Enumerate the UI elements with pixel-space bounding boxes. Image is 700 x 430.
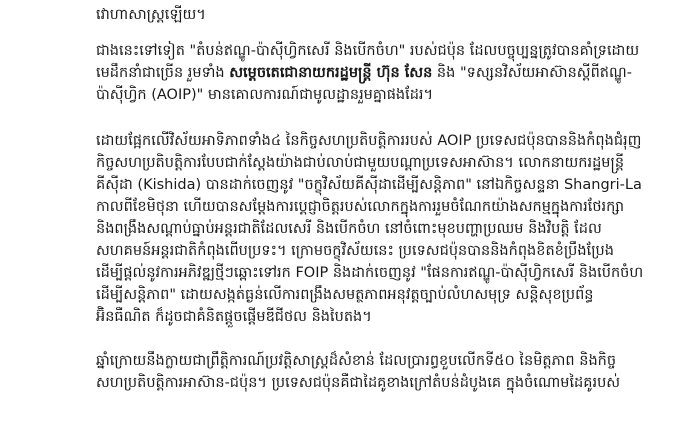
text-line: សហគមន៍អន្តរជាតិកំពុងពើបប្រទះ។ ក្រោមចក្ខុ…	[96, 240, 652, 262]
document-page: វោហាសាស្ត្រឡើយ។ ជាងនេះទៅទៀត "តំបន់ឥណ្ឌូ-…	[0, 0, 700, 430]
text-line: សហប្រតិបត្តិការអាស៊ាន-ជប៉ុន។ ប្រទេសជប៉ុន…	[96, 372, 652, 394]
text-line: ដោយផ្អែកលើវិស័យអាទិភាពទាំង៤ នៃកិច្ចសហប្រ…	[96, 130, 652, 152]
text-segment: មេដឹកនាំជាច្រើន រួមទាំង	[96, 65, 229, 81]
text-line: ជាងនេះទៅទៀត "តំបន់ឥណ្ឌូ-ប៉ាស៊ីហ្វិកសេរី …	[96, 40, 652, 62]
text-line: វោហាសាស្ត្រឡើយ។	[96, 4, 652, 26]
text-line: ដើម្បីសន្តិភាព" ដោយសង្កត់ធ្ងន់លើការពង្រឹ…	[96, 284, 652, 306]
text-line: ឆ្នាំក្រោយនឹងក្លាយជាព្រឹត្តិការណ៍ប្រវត្ត…	[96, 350, 652, 372]
paragraph-foip-support: ជាងនេះទៅទៀត "តំបន់ឥណ្ឌូ-ប៉ាស៊ីហ្វិកសេរី …	[96, 40, 652, 106]
text-line: ប៉ាស៊ីហ្វិក (AOIP)" មានគោលការណ៍ជាមូលដ្ឋា…	[96, 84, 652, 106]
text-line: និងពង្រឹងសណ្ដាប់ធ្នាប់អន្តរជាតិដែលសេរី ន…	[96, 218, 652, 240]
paragraph-aoip-cooperation: ដោយផ្អែកលើវិស័យអាទិភាពទាំង៤ នៃកិច្ចសហប្រ…	[96, 130, 652, 328]
text-line: អ៊ិនធឺណិត ក៏ដូចជាគំនិតផ្ដួចផ្ដើមឌីជីថល ន…	[96, 306, 652, 328]
text-line: គីស៊ីដា (Kishida) បានដាក់ចេញនូវ "ចក្ខុវិ…	[96, 174, 652, 196]
bold-name-hun-sen: សម្ដេចតេជោនាយករដ្ឋមន្ត្រី ហ៊ុន សែន	[229, 65, 432, 81]
text-line: មេដឹកនាំជាច្រើន រួមទាំង សម្ដេចតេជោនាយករដ…	[96, 62, 652, 84]
text-line: កិច្ចសហប្រតិបត្តិការបែបជាក់ស្ដែងយ៉ាងជាប់…	[96, 152, 652, 174]
paragraph-continuation: វោហាសាស្ត្រឡើយ។	[96, 4, 652, 26]
text-line: កាលពីខែមិថុនា ហើយបានសម្ដែងការប្ដេជ្ញាចិត…	[96, 196, 652, 218]
text-segment: និង "ទស្សនវិស័យអាស៊ានស្ដីពីឥណ្ឌូ-	[432, 65, 632, 81]
paragraph-50th-anniversary: ឆ្នាំក្រោយនឹងក្លាយជាព្រឹត្តិការណ៍ប្រវត្ត…	[96, 350, 652, 394]
text-line: ដើម្បីផ្ដល់នូវការអភិវឌ្ឍថ្មីៗឆ្ពោះទៅរក F…	[96, 262, 652, 284]
